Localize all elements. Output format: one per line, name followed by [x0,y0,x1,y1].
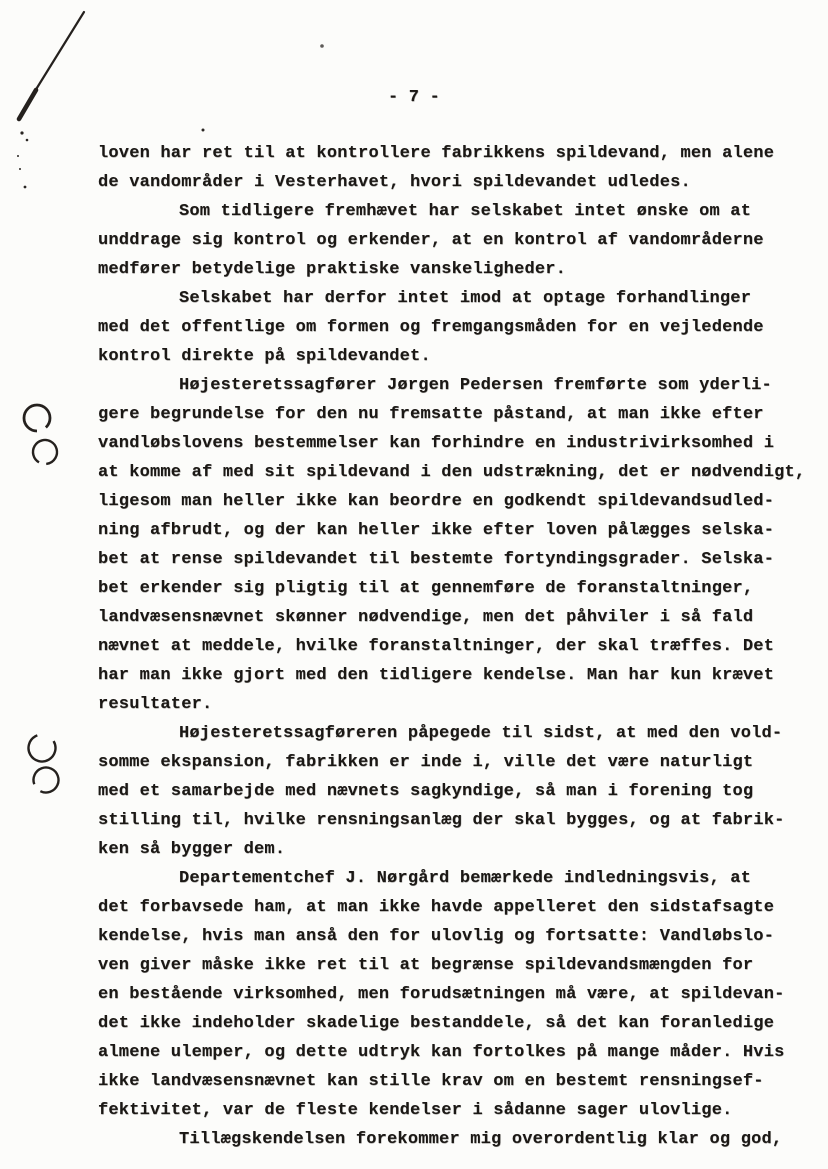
text-line: har man ikke gjort med den tidligere ken… [98,661,814,690]
text-line: resultater. [98,690,814,719]
text-line: kendelse, hvis man anså den for ulovlig … [98,922,814,951]
text-line: gere begrundelse for den nu fremsatte på… [98,400,814,429]
text-line: Departementchef J. Nørgård bemærkede ind… [98,864,814,893]
text-line: Selskabet har derfor intet imod at optag… [98,284,814,313]
text-line: stilling til, hvilke rensningsanlæg der … [98,806,814,835]
text-line: bet at rense spildevandet til bestemte f… [98,545,814,574]
text-line: de vandområder i Vesterhavet, hvori spil… [98,168,814,197]
text-line: ken så bygger dem. [98,835,814,864]
text-line: med et samarbejde med nævnets sagkyndige… [98,777,814,806]
text-line: ven giver måske ikke ret til at begrænse… [98,951,814,980]
text-line: Højesteretssagføreren påpegede til sidst… [98,719,814,748]
ring-mark-icon [24,405,61,468]
text-line: ning afbrudt, og der kan heller ikke eft… [98,516,814,545]
text-line: kontrol direkte på spildevandet. [98,342,814,371]
text-line: vandløbslovens bestemmelser kan forhindr… [98,429,814,458]
text-line: almene ulemper, og dette udtryk kan fort… [98,1038,814,1067]
scanned-page: - 7 - loven har ret til at kontrollere f… [0,0,828,1169]
text-line: med det offentlige om formen og fremgang… [98,313,814,342]
text-line: loven har ret til at kontrollere fabrikk… [98,139,814,168]
text-line: en bestående virksomhed, men forudsætnin… [98,980,814,1009]
text-line: landvæsensnævnet skønner nødvendige, men… [98,603,814,632]
text-line: det forbavsede ham, at man ikke havde ap… [98,893,814,922]
text-line: bet erkender sig pligtig til at gennemfø… [98,574,814,603]
document-body: loven har ret til at kontrollere fabrikk… [98,139,814,1154]
ring-mark-icon [24,730,62,796]
text-line: somme ekspansion, fabrikken er inde i, v… [98,748,814,777]
text-line: at komme af med sit spildevand i den uds… [98,458,814,487]
text-line: det ikke indeholder skadelige bestanddel… [98,1009,814,1038]
text-line: medfører betydelige praktiske vanskeligh… [98,255,814,284]
page-number: - 7 - [0,88,828,107]
text-line: Som tidligere fremhævet har selskabet in… [98,197,814,226]
text-line: nævnet at meddele, hvilke foranstaltning… [98,632,814,661]
text-line: ikke landvæsensnævnet kan stille krav om… [98,1067,814,1096]
text-line: Højesteretssagfører Jørgen Pedersen frem… [98,371,814,400]
text-line: ligesom man heller ikke kan beordre en g… [98,487,814,516]
text-line: unddrage sig kontrol og erkender, at en … [98,226,814,255]
text-line: Tillægskendelsen forekommer mig overorde… [98,1125,814,1154]
text-line: fektivitet, var de fleste kendelser i så… [98,1096,814,1125]
